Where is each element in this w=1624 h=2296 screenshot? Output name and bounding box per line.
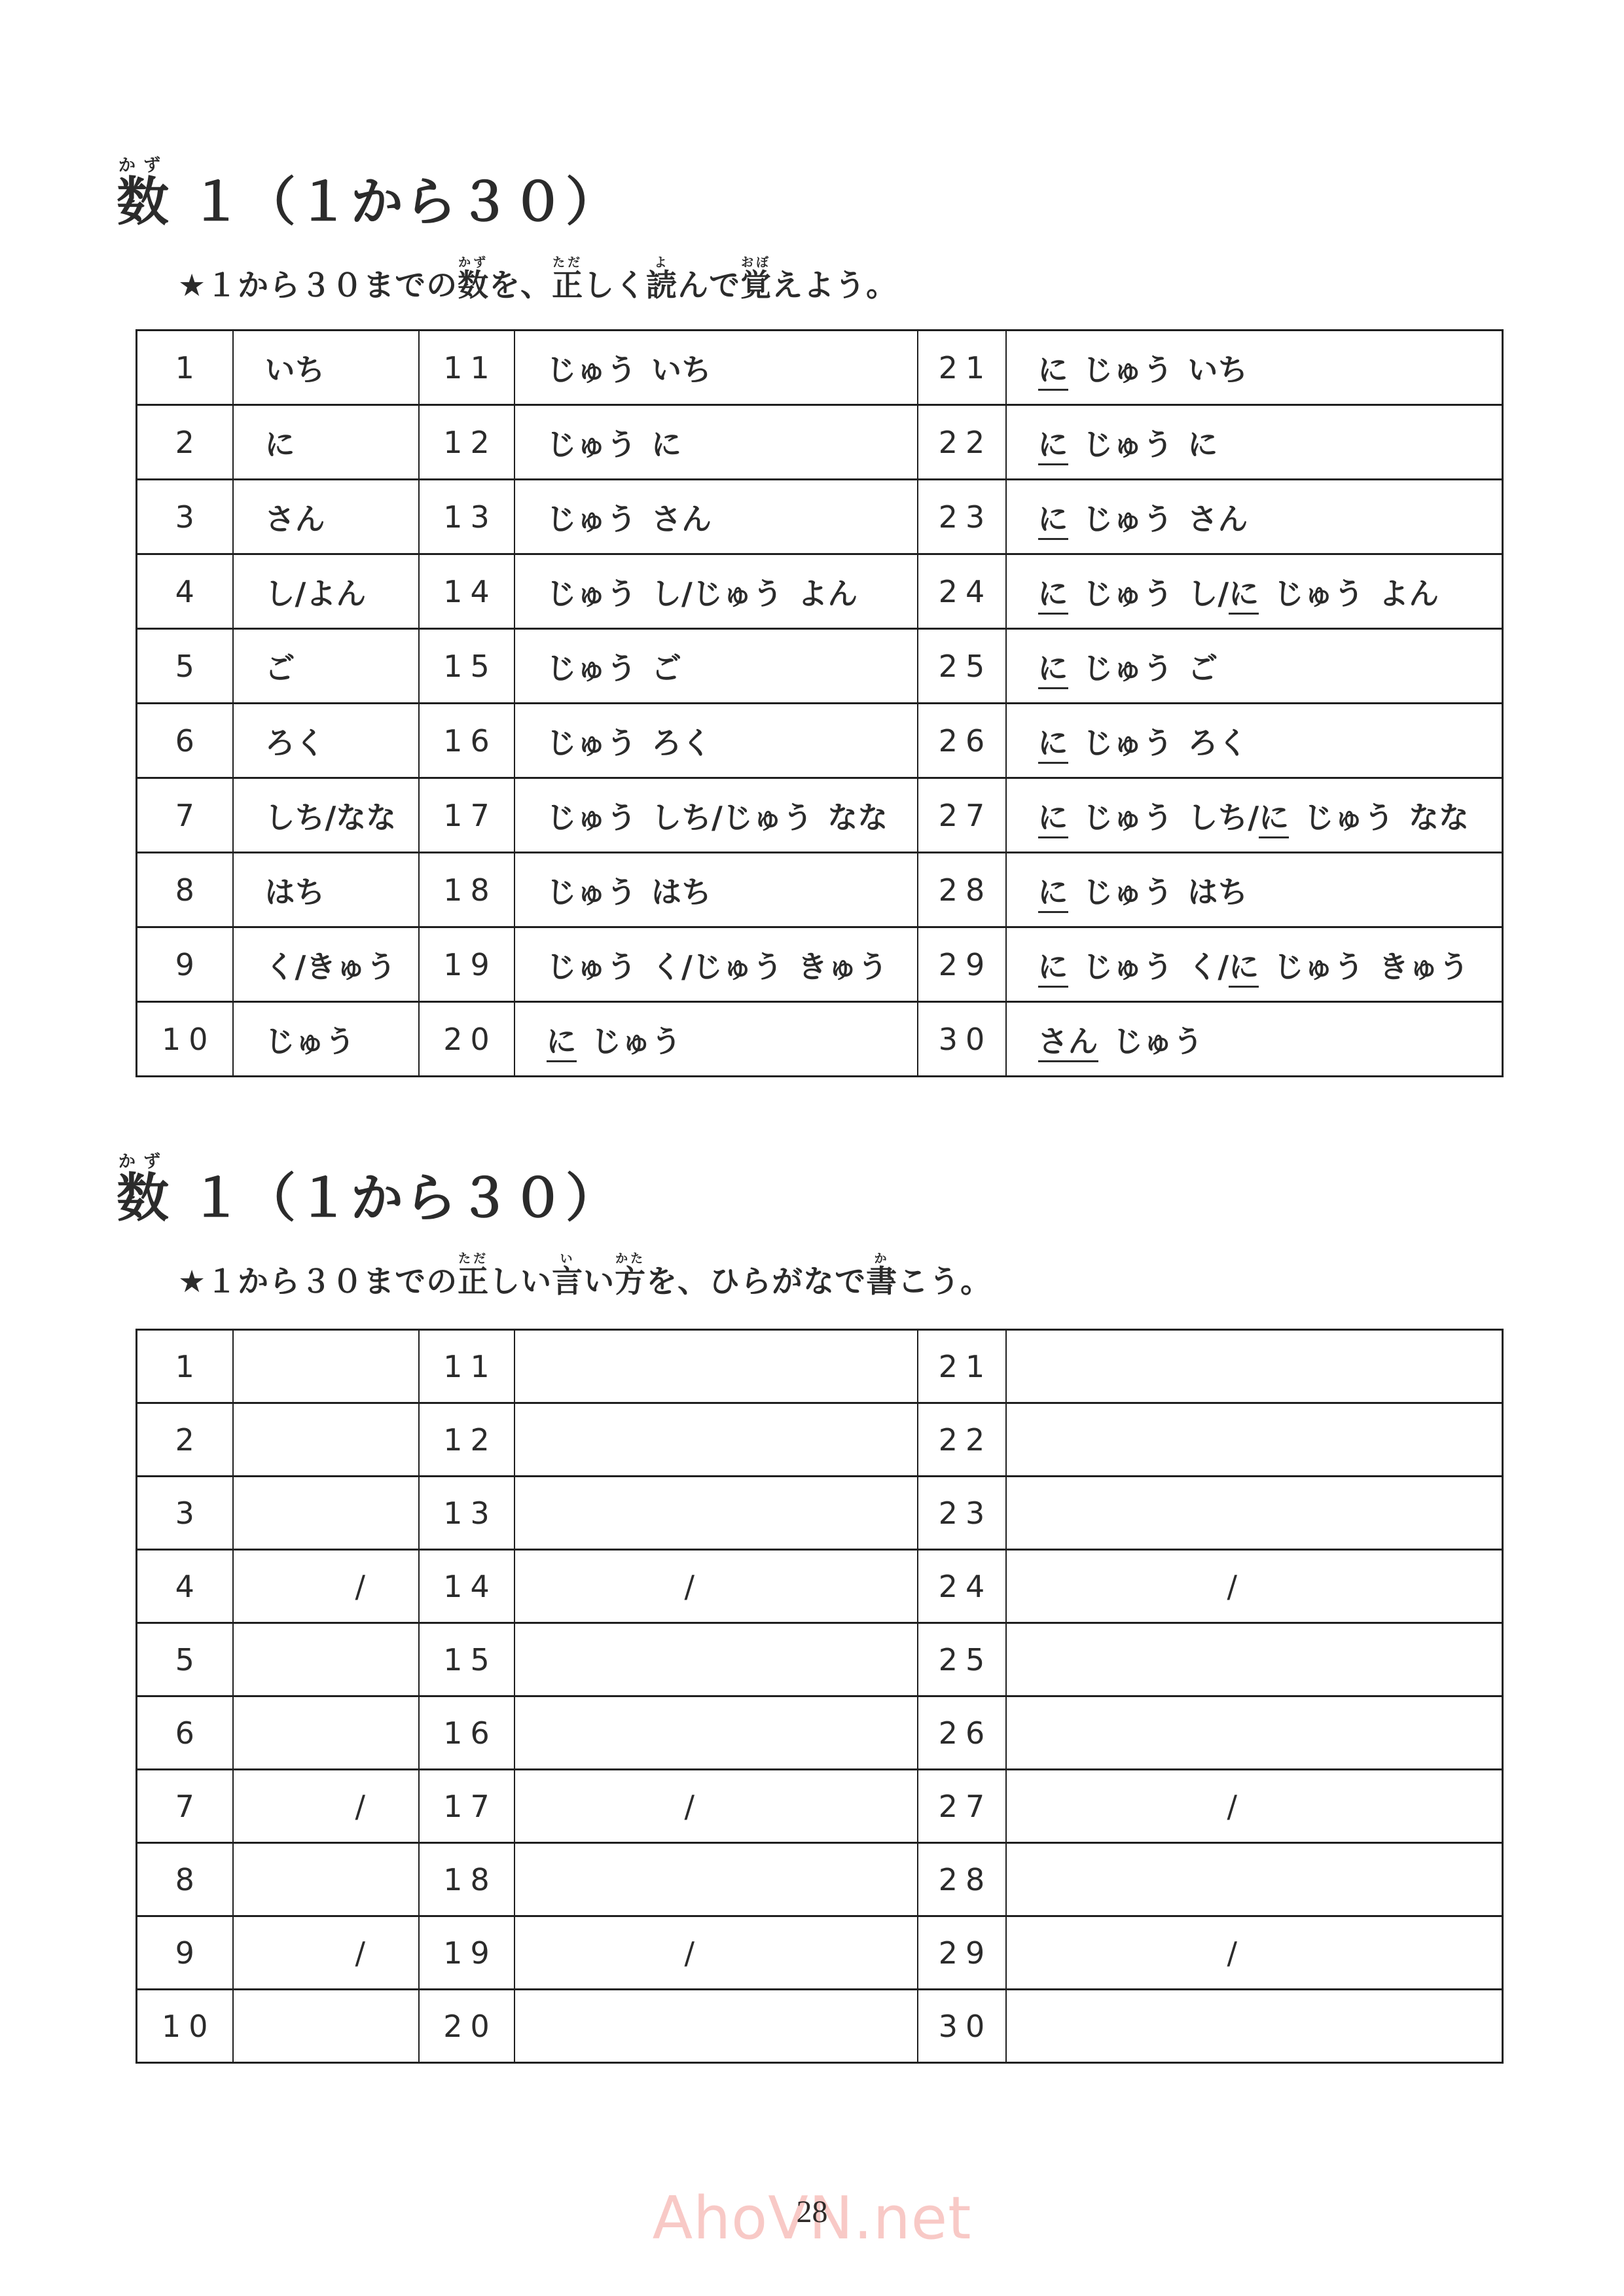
table-row: 9/19/29/ (137, 1916, 1503, 1990)
text-run: じゅう (577, 1024, 681, 1059)
number-cell: 15 (419, 629, 514, 704)
reading-cell: じゅう いち (514, 331, 918, 405)
number-cell: 5 (137, 1623, 233, 1696)
number-cell: 27 (918, 778, 1006, 853)
underlined-text: に (1038, 800, 1068, 838)
ruby-annotated-text: 書か (866, 1264, 897, 1300)
underlined-text: に (1038, 651, 1068, 689)
text-run: い (583, 1264, 615, 1300)
reading-cell: に じゅう はち (1006, 853, 1503, 927)
answer-cell-with-slash: / (1006, 1770, 1503, 1843)
reading-cell: に じゅう に (1006, 405, 1503, 480)
text-run: ★１から３０までの (178, 268, 458, 304)
number-cell: 8 (137, 1843, 233, 1916)
reading-cell: じゅう し/じゅう よん (514, 554, 918, 629)
number-cell: 26 (918, 1696, 1006, 1770)
number-cell: 3 (137, 480, 233, 554)
number-cell: 12 (419, 405, 514, 480)
answer-cell (233, 1477, 419, 1550)
reading-cell: く/きゅう (233, 927, 419, 1002)
number-cell: 17 (419, 1770, 514, 1843)
table-row: 21222 (137, 1403, 1503, 1477)
reading-cell: じゅう く/じゅう きゅう (514, 927, 918, 1002)
answer-cell (233, 1623, 419, 1696)
text-run: を、ひらがなで (646, 1264, 866, 1300)
table-row: 1いち11じゅう いち21に じゅう いち (137, 331, 1503, 405)
reading-cell: じゅう はち (514, 853, 918, 927)
number-cell: 7 (137, 778, 233, 853)
number-cell: 25 (918, 629, 1006, 704)
number-cell: 16 (419, 1696, 514, 1770)
answer-cell (514, 1330, 918, 1403)
underlined-text: に (1038, 576, 1068, 615)
table-row: 7しち/なな17じゅう しち/じゅう なな27に じゅう しち/に じゅう なな (137, 778, 1503, 853)
text-run: く/きゅう (265, 949, 397, 984)
reading-cell: じゅう しち/じゅう なな (514, 778, 918, 853)
number-cell: 6 (137, 1696, 233, 1770)
number-cell: 21 (918, 331, 1006, 405)
table-row: 4/14/24/ (137, 1550, 1503, 1623)
text-run: に (265, 427, 295, 462)
text-run: じゅう いち (547, 352, 712, 387)
number-cell: 4 (137, 1550, 233, 1623)
table-row: 11121 (137, 1330, 1503, 1403)
answer-cell (233, 1990, 419, 2063)
text-run: じゅう よん (1259, 576, 1439, 611)
text-run: こう。 (897, 1264, 992, 1300)
table-row: 102030 (137, 1990, 1503, 2063)
ruby-annotated-text: 読よ (646, 268, 677, 304)
answer-cell (1006, 1990, 1503, 2063)
table-row: 61626 (137, 1696, 1503, 1770)
reading-cell: に じゅう さん (1006, 480, 1503, 554)
number-cell: 5 (137, 629, 233, 704)
reading-cell: じゅう ろく (514, 704, 918, 778)
text-run: ★１から３０までの (178, 1264, 458, 1300)
text-run: じゅう く/ (1068, 949, 1229, 984)
number-cell: 28 (918, 1843, 1006, 1916)
table-row: 7/17/27/ (137, 1770, 1503, 1843)
reading-cell: に じゅう ご (1006, 629, 1503, 704)
table-row: 10じゅう20に じゅう30さん じゅう (137, 1002, 1503, 1077)
text-run: じゅう ご (1068, 651, 1218, 686)
text-run: じゅう に (547, 427, 681, 462)
number-cell: 9 (137, 927, 233, 1002)
answer-cell (233, 1330, 419, 1403)
number-cell: 24 (918, 1550, 1006, 1623)
reading-cell: じゅう に (514, 405, 918, 480)
text-run: さん (265, 501, 325, 537)
answer-cell (233, 1843, 419, 1916)
text-run: いち (265, 352, 325, 387)
ruby-annotated-text: 方かた (615, 1264, 646, 1300)
number-cell: 1 (137, 1330, 233, 1403)
text-run: ろく (265, 725, 325, 761)
text-run: はち (265, 874, 325, 910)
number-cell: 29 (918, 927, 1006, 1002)
answer-cell-with-slash: / (514, 1916, 918, 1990)
answer-cell-with-slash: / (233, 1550, 419, 1623)
number-cell: 12 (419, 1403, 514, 1477)
number-cell: 13 (419, 480, 514, 554)
number-cell: 18 (419, 1843, 514, 1916)
answer-cell-with-slash: / (233, 1916, 419, 1990)
worksheet-page: 数かず １（１から３０） ★１から３０までの数かずを、正ただしく読よんで覚おぼえ… (0, 0, 1624, 2296)
answer-cell (514, 1403, 918, 1477)
text-run: し/よん (265, 576, 367, 611)
reading-cell: しち/なな (233, 778, 419, 853)
text-run: じゅう し/ (1068, 576, 1229, 611)
number-cell: 26 (918, 704, 1006, 778)
text-run: じゅう ろく (547, 725, 712, 761)
section1-instruction: ★１から３０までの数かずを、正ただしく読よんで覚おぼえよう。 (178, 255, 897, 310)
underlined-text: に (1038, 352, 1068, 391)
answer-cell-with-slash: / (514, 1770, 918, 1843)
reading-cell: じゅう (233, 1002, 419, 1077)
ruby-annotated-text: 正ただ (458, 1264, 489, 1300)
page-number: 28 (797, 2197, 828, 2228)
text-run: を、 (489, 268, 552, 304)
number-cell: 21 (918, 1330, 1006, 1403)
underlined-text: に (547, 1024, 577, 1062)
table-row: 9く/きゅう19じゅう く/じゅう きゅう29に じゅう く/に じゅう きゅう (137, 927, 1503, 1002)
text-run: じゅう はち (547, 874, 712, 910)
reading-cell: に じゅう しち/に じゅう なな (1006, 778, 1503, 853)
table-row: 2に12じゅう に22に じゅう に (137, 405, 1503, 480)
number-cell: 30 (918, 1002, 1006, 1077)
underlined-text: に (1038, 501, 1068, 540)
underlined-text: に (1259, 800, 1289, 838)
readings-table: 1いち11じゅう いち21に じゅう いち2に12じゅう に22に じゅう に3… (135, 329, 1504, 1077)
underlined-text: に (1038, 427, 1068, 465)
text-run: じゅう ろく (1068, 725, 1248, 761)
underlined-text: さん (1038, 1024, 1098, 1062)
answer-cell (1006, 1843, 1503, 1916)
text-run: じゅう さん (1068, 501, 1248, 537)
answer-cell (514, 1696, 918, 1770)
ruby-annotated-text: 正ただ (552, 268, 583, 304)
reading-cell: に じゅう (514, 1002, 918, 1077)
answer-cell (514, 1990, 918, 2063)
text-run: １（１から３０） (170, 1168, 619, 1229)
number-cell: 23 (918, 1477, 1006, 1550)
text-run: えよう。 (772, 268, 897, 304)
number-cell: 13 (419, 1477, 514, 1550)
table-row: 5ご15じゅう ご25に じゅう ご (137, 629, 1503, 704)
section2-title: 数かず １（１から３０） (117, 1152, 619, 1233)
number-cell: 22 (918, 1403, 1006, 1477)
number-cell: 28 (918, 853, 1006, 927)
ruby-annotated-text: 数かず (117, 1168, 170, 1229)
text-run: じゅう いち (1068, 352, 1248, 387)
section2-instruction: ★１から３０までの正ただしい言いい方かたを、ひらがなで書かこう。 (178, 1251, 992, 1306)
text-run: んで (677, 268, 740, 304)
text-run: じゅう さん (547, 501, 712, 537)
number-cell: 14 (419, 1550, 514, 1623)
table-row: 51525 (137, 1623, 1503, 1696)
ruby-annotated-text: 覚おぼ (740, 268, 772, 304)
number-cell: 30 (918, 1990, 1006, 2063)
text-run: しい (489, 1264, 552, 1300)
reading-cell: じゅう さん (514, 480, 918, 554)
number-cell: 9 (137, 1916, 233, 1990)
underlined-text: に (1038, 949, 1068, 988)
number-cell: 6 (137, 704, 233, 778)
number-cell: 15 (419, 1623, 514, 1696)
reading-cell: じゅう ご (514, 629, 918, 704)
number-cell: 2 (137, 1403, 233, 1477)
table-row: 6ろく16じゅう ろく26に じゅう ろく (137, 704, 1503, 778)
reading-cell: に (233, 405, 419, 480)
text-run: じゅう きゅう (1259, 949, 1469, 984)
answer-cell (514, 1477, 918, 1550)
reading-cell: ろく (233, 704, 419, 778)
table-row: 31323 (137, 1477, 1503, 1550)
number-cell: 3 (137, 1477, 233, 1550)
number-cell: 27 (918, 1770, 1006, 1843)
reading-cell: いち (233, 331, 419, 405)
number-cell: 7 (137, 1770, 233, 1843)
underlined-text: に (1229, 576, 1259, 615)
number-cell: 20 (419, 1990, 514, 2063)
text-run: じゅう に (1068, 427, 1218, 462)
answer-cell (1006, 1696, 1503, 1770)
answer-cell (1006, 1623, 1503, 1696)
number-cell: 19 (419, 927, 514, 1002)
number-cell: 2 (137, 405, 233, 480)
number-cell: 1 (137, 331, 233, 405)
text-run: しく (583, 268, 646, 304)
reading-cell: さん じゅう (1006, 1002, 1503, 1077)
reading-cell: に じゅう く/に じゅう きゅう (1006, 927, 1503, 1002)
number-cell: 19 (419, 1916, 514, 1990)
reading-cell: に じゅう し/に じゅう よん (1006, 554, 1503, 629)
number-cell: 11 (419, 331, 514, 405)
table-row: 81828 (137, 1843, 1503, 1916)
number-cell: 17 (419, 778, 514, 853)
text-run: じゅう し/じゅう よん (547, 576, 858, 611)
answer-cell-with-slash: / (1006, 1550, 1503, 1623)
number-cell: 10 (137, 1990, 233, 2063)
underlined-text: に (1038, 874, 1068, 913)
underlined-text: に (1038, 725, 1068, 764)
number-cell: 25 (918, 1623, 1006, 1696)
answer-cell (514, 1623, 918, 1696)
text-run: じゅう ご (547, 651, 681, 686)
reading-cell: に じゅう いち (1006, 331, 1503, 405)
number-cell: 23 (918, 480, 1006, 554)
number-cell: 4 (137, 554, 233, 629)
text-run: ご (265, 651, 295, 686)
number-cell: 14 (419, 554, 514, 629)
text-run: しち/なな (265, 800, 397, 835)
section1-title: 数かず １（１から３０） (117, 156, 619, 237)
table-row: 4し/よん14じゅう し/じゅう よん24に じゅう し/に じゅう よん (137, 554, 1503, 629)
text-run: １（１から３０） (170, 171, 619, 232)
table-row: 8はち18じゅう はち28に じゅう はち (137, 853, 1503, 927)
text-run: じゅう はち (1068, 874, 1248, 910)
text-run: じゅう く/じゅう きゅう (547, 949, 888, 984)
reading-cell: ご (233, 629, 419, 704)
text-run: じゅう (1098, 1024, 1203, 1059)
number-cell: 16 (419, 704, 514, 778)
number-cell: 24 (918, 554, 1006, 629)
text-run: じゅう しち/じゅう なな (547, 800, 888, 835)
answer-cell (233, 1403, 419, 1477)
answer-cell-with-slash: / (514, 1550, 918, 1623)
number-cell: 20 (419, 1002, 514, 1077)
ruby-annotated-text: 数かず (117, 171, 170, 232)
answer-cell (1006, 1477, 1503, 1550)
reading-cell: さん (233, 480, 419, 554)
reading-cell: はち (233, 853, 419, 927)
number-cell: 22 (918, 405, 1006, 480)
text-run: じゅう (265, 1024, 355, 1059)
underlined-text: に (1229, 949, 1259, 988)
number-cell: 11 (419, 1330, 514, 1403)
reading-cell: に じゅう ろく (1006, 704, 1503, 778)
answer-cell (1006, 1330, 1503, 1403)
ruby-annotated-text: 数かず (458, 268, 489, 304)
text-run: じゅう しち/ (1068, 800, 1259, 835)
number-cell: 8 (137, 853, 233, 927)
table-row: 3さん13じゅう さん23に じゅう さん (137, 480, 1503, 554)
number-cell: 29 (918, 1916, 1006, 1990)
text-run: じゅう なな (1289, 800, 1469, 835)
answer-cell-with-slash: / (233, 1770, 419, 1843)
ruby-annotated-text: 言い (552, 1264, 583, 1300)
number-cell: 18 (419, 853, 514, 927)
answer-cell (1006, 1403, 1503, 1477)
reading-cell: し/よん (233, 554, 419, 629)
practice-table: 1112121222313234/14/24/51525616267/17/27… (135, 1329, 1504, 2064)
number-cell: 10 (137, 1002, 233, 1077)
answer-cell-with-slash: / (1006, 1916, 1503, 1990)
answer-cell (233, 1696, 419, 1770)
answer-cell (514, 1843, 918, 1916)
